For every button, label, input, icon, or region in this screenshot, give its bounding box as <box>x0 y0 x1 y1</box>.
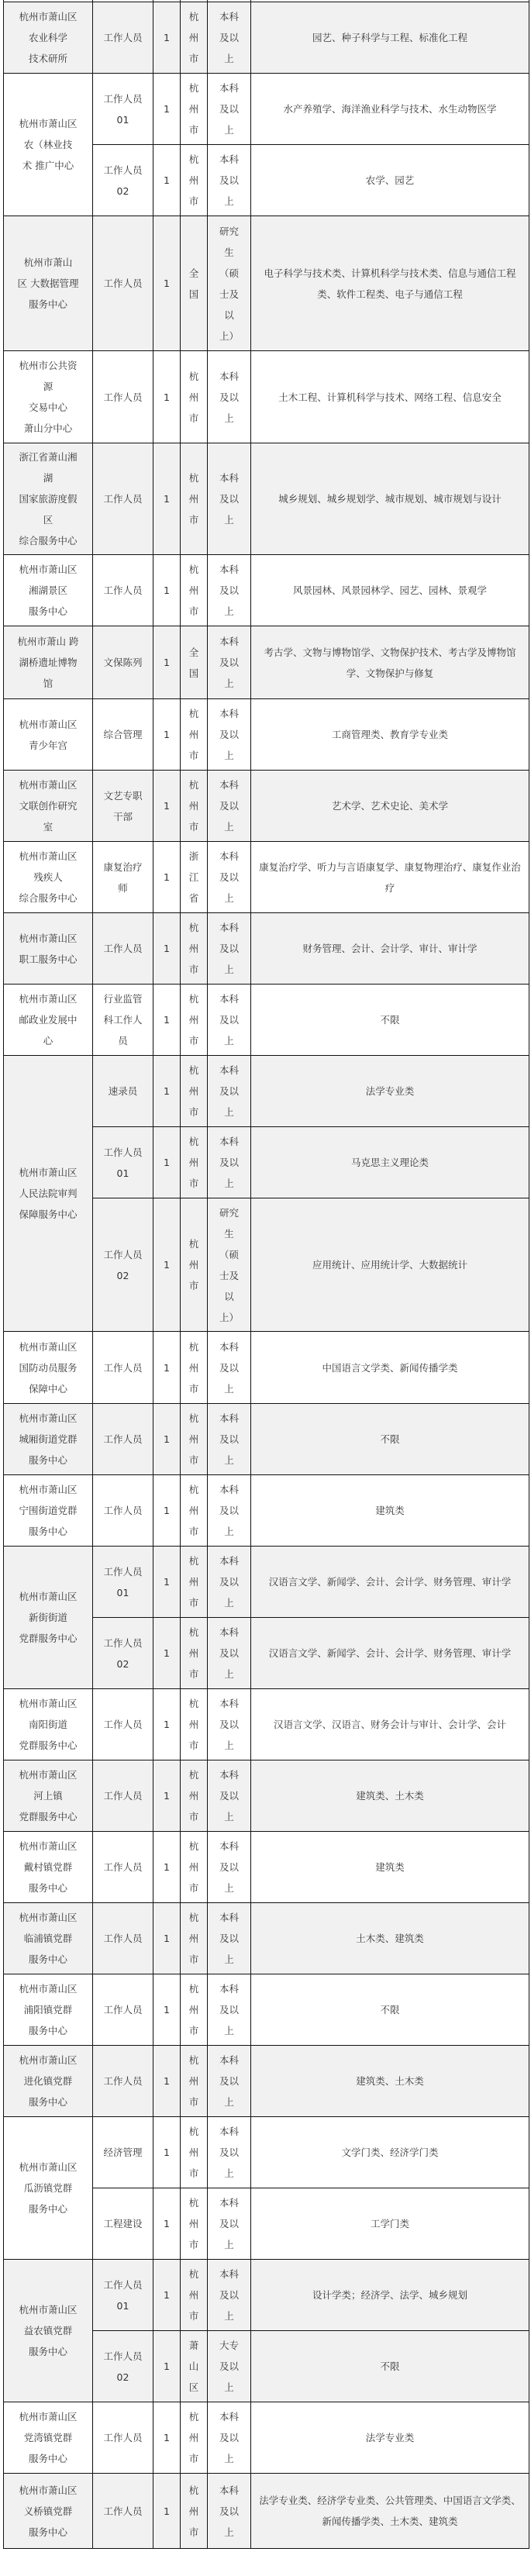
count-cell: 1 <box>153 1332 181 1404</box>
education-cell: 本科 及以 上 <box>208 2188 251 2260</box>
hukou-cell: 杭 州 市 <box>181 1404 208 1475</box>
dept-cell: 杭州市萧山区 残疾人 综合服务中心 <box>4 842 93 913</box>
count-cell: 1 <box>153 842 181 913</box>
dept-cell: 杭州市萧山区 益农镇党群 服务中心 <box>4 2260 93 2402</box>
education-cell: 研究 生 （硕 士及 以 上） <box>208 1198 251 1332</box>
count-cell: 1 <box>153 2260 181 2331</box>
hukou-cell: 杭 州 市 <box>181 1198 208 1332</box>
hukou-cell: 杭 州 市 <box>181 1689 208 1760</box>
count-cell: 1 <box>153 555 181 626</box>
post-cell: 工作人员 02 <box>93 2331 153 2402</box>
count-cell: 1 <box>153 1475 181 1547</box>
major-cell: 考古学、文物与博物馆学、文物保护技术、考古学及博物馆学、文物保护与修复 <box>251 626 529 699</box>
hukou-cell: 全 国 <box>181 626 208 699</box>
major-cell: 不限 <box>251 1974 529 2046</box>
table-row: 杭州市萧山区 农业科学 技术研所 工作人员 1 杭 州 市 本科 及以 上 园艺… <box>4 2 529 74</box>
post-cell: 工作人员 <box>93 913 153 985</box>
major-cell: 法学专业类 <box>251 1056 529 1127</box>
dept-cell: 杭州市萧山区 文联创作研究 室 <box>4 771 93 842</box>
hukou-cell: 杭 州 市 <box>181 1127 208 1198</box>
hukou-cell: 杭 州 市 <box>181 443 208 555</box>
hukou-cell: 杭 州 市 <box>181 1760 208 1832</box>
count-cell: 1 <box>153 1974 181 2046</box>
dept-cell: 杭州市萧山区 新街街道 党群服务中心 <box>4 1547 93 1689</box>
education-cell: 本科 及以 上 <box>208 771 251 842</box>
count-cell: 1 <box>153 1832 181 1903</box>
count-cell: 1 <box>153 985 181 1056</box>
count-cell: 1 <box>153 2117 181 2188</box>
hukou-cell: 杭 州 市 <box>181 555 208 626</box>
count-cell: 1 <box>153 1404 181 1475</box>
table-row: 杭州市萧山区 临浦镇党群 服务中心 工作人员 1 杭 州 市 本科 及以 上 土… <box>4 1903 529 1974</box>
major-cell: 建筑类、土木类 <box>251 1760 529 1832</box>
table-row: 杭州市萧山区 义桥镇党群 服务中心 工作人员 1 杭 州 市 本科 及以 上 法… <box>4 2474 529 2549</box>
major-cell: 文学门类、经济学门类 <box>251 2117 529 2188</box>
dept-cell: 杭州市萧山区 党湾镇党群 服务中心 <box>4 2402 93 2474</box>
count-cell: 1 <box>153 1689 181 1760</box>
table-row: 杭州市萧山区 南阳街道 党群服务中心 工作人员 1 杭 州 市 本科 及以 上 … <box>4 1689 529 1760</box>
post-cell: 速录员 <box>93 1056 153 1127</box>
hukou-cell: 杭 州 市 <box>181 1056 208 1127</box>
table-row: 杭州市萧山区 戴村镇党群 服务中心 工作人员 1 杭 州 市 本科 及以 上 建… <box>4 1832 529 1903</box>
education-cell: 本科 及以 上 <box>208 1475 251 1547</box>
dept-cell: 杭州市萧山区 进化镇党群 服务中心 <box>4 2046 93 2117</box>
count-cell: 1 <box>153 1760 181 1832</box>
count-cell: 1 <box>153 2 181 74</box>
dept-cell: 杭州市萧山区 戴村镇党群 服务中心 <box>4 1832 93 1903</box>
education-cell: 本科 及以 上 <box>208 1903 251 1974</box>
post-cell: 工作人员 <box>93 2474 153 2549</box>
hukou-cell: 杭 州 市 <box>181 1547 208 1618</box>
dept-cell: 杭州市萧山区 职工服务中心 <box>4 913 93 985</box>
count-cell: 1 <box>153 626 181 699</box>
dept-cell: 杭州市萧山区 人民法院审判 保障服务中心 <box>4 1056 93 1332</box>
dept-cell: 杭州市萧山区 湘湖景区 服务中心 <box>4 555 93 626</box>
table-row: 杭州市萧山区 进化镇党群 服务中心 工作人员 1 杭 州 市 本科 及以 上 建… <box>4 2046 529 2117</box>
table-row: 杭州市萧山区 瓜沥镇党群 服务中心 经济管理 1 杭 州 市 本科 及以 上 文… <box>4 2117 529 2188</box>
post-cell: 工作人员 <box>93 1404 153 1475</box>
hukou-cell: 杭 州 市 <box>181 1332 208 1404</box>
table-row: 杭州市萧山区 人民法院审判 保障服务中心 速录员 1 杭 州 市 本科 及以 上… <box>4 1056 529 1127</box>
hukou-cell: 杭 州 市 <box>181 913 208 985</box>
major-cell: 马克思主义理论类 <box>251 1127 529 1198</box>
table-row: 杭州市萧山区 国防动员服务 保障中心 工作人员 1 杭 州 市 本科 及以 上 … <box>4 1332 529 1404</box>
count-cell: 1 <box>153 1547 181 1618</box>
post-cell: 康复治疗 师 <box>93 842 153 913</box>
major-cell: 汉语言文学、汉语言、财务会计与审计、会计学、会计 <box>251 1689 529 1760</box>
recruitment-table: 杭州市萧山区 农业科学 技术研所 工作人员 1 杭 州 市 本科 及以 上 园艺… <box>3 0 529 2549</box>
hukou-cell: 杭 州 市 <box>181 985 208 1056</box>
post-cell: 文保陈列 <box>93 626 153 699</box>
hukou-cell: 杭 州 市 <box>181 2046 208 2117</box>
major-cell: 法学专业类 <box>251 2402 529 2474</box>
table-row: 杭州市萧山区 浦阳镇党群 服务中心 工作人员 1 杭 州 市 本科 及以 上 不… <box>4 1974 529 2046</box>
education-cell: 本科 及以 上 <box>208 1760 251 1832</box>
major-cell: 电子科学与技术类、计算机科学与技术类、信息与通信工程类、软件工程类、电子与通信工… <box>251 216 529 351</box>
hukou-cell: 杭 州 市 <box>181 771 208 842</box>
post-cell: 工作人员 <box>93 2 153 74</box>
count-cell: 1 <box>153 2474 181 2549</box>
hukou-cell: 杭 州 市 <box>181 2188 208 2260</box>
post-cell: 经济管理 <box>93 2117 153 2188</box>
major-cell: 工学门类 <box>251 2188 529 2260</box>
hukou-cell: 杭 州 市 <box>181 74 208 145</box>
post-cell: 工作人员 01 <box>93 74 153 145</box>
dept-cell: 杭州市萧山区 青少年宫 <box>4 699 93 771</box>
table-row: 杭州市萧山区 宁围街道党群 服务中心 工作人员 1 杭 州 市 本科 及以 上 … <box>4 1475 529 1547</box>
dept-cell: 杭州市萧山区 南阳街道 党群服务中心 <box>4 1689 93 1760</box>
post-cell: 文艺专职 干部 <box>93 771 153 842</box>
education-cell: 本科 及以 上 <box>208 2260 251 2331</box>
education-cell: 本科 及以 上 <box>208 842 251 913</box>
education-cell: 本科 及以 上 <box>208 626 251 699</box>
count-cell: 1 <box>153 1618 181 1689</box>
major-cell: 法学专业类、经济学专业类、公共管理类、中国语言文学类、新闻传播学类、土木类、建筑… <box>251 2474 529 2549</box>
education-cell: 本科 及以 上 <box>208 1689 251 1760</box>
count-cell: 1 <box>153 699 181 771</box>
post-cell: 工作人员 01 <box>93 2260 153 2331</box>
dept-cell: 杭州市萧山区 农（林业技 术 推广中心 <box>4 74 93 216</box>
dept-cell: 杭州市萧山区 农业科学 技术研所 <box>4 2 93 74</box>
education-cell: 本科 及以 上 <box>208 1974 251 2046</box>
count-cell: 1 <box>153 1127 181 1198</box>
count-cell: 1 <box>153 74 181 145</box>
table-row: 杭州市萧山 跨 湖桥遗址博物 馆 文保陈列 1 全 国 本科 及以 上 考古学、… <box>4 626 529 699</box>
major-cell: 财务管理、会计、会计学、审计、审计学 <box>251 913 529 985</box>
count-cell: 1 <box>153 1198 181 1332</box>
post-cell: 工作人员 01 <box>93 1547 153 1618</box>
major-cell: 设计学类；经济学、法学、城乡规划 <box>251 2260 529 2331</box>
education-cell: 大专 及以 上 <box>208 2331 251 2402</box>
post-cell: 工作人员 <box>93 1475 153 1547</box>
count-cell: 1 <box>153 145 181 216</box>
table-row: 杭州市萧山区 青少年宫 综合管理 1 杭 州 市 本科 及以 上 工商管理类、教… <box>4 699 529 771</box>
dept-cell: 杭州市萧山区 义桥镇党群 服务中心 <box>4 2474 93 2549</box>
hukou-cell: 杭 州 市 <box>181 1903 208 1974</box>
table-row: 杭州市萧山区 湘湖景区 服务中心 工作人员 1 杭 州 市 本科 及以 上 风景… <box>4 555 529 626</box>
major-cell: 不限 <box>251 1404 529 1475</box>
hukou-cell: 杭 州 市 <box>181 1618 208 1689</box>
education-cell: 本科 及以 上 <box>208 74 251 145</box>
hukou-cell: 杭 州 市 <box>181 145 208 216</box>
table-row: 杭州市萧山区 农（林业技 术 推广中心 工作人员 01 1 杭 州 市 本科 及… <box>4 74 529 145</box>
post-cell: 工作人员 02 <box>93 1198 153 1332</box>
education-cell: 本科 及以 上 <box>208 1618 251 1689</box>
hukou-cell: 杭 州 市 <box>181 1974 208 2046</box>
post-cell: 工作人员 02 <box>93 145 153 216</box>
count-cell: 1 <box>153 2331 181 2402</box>
dept-cell: 杭州市萧山区 国防动员服务 保障中心 <box>4 1332 93 1404</box>
table-row: 杭州市萧山 区 大数据管理 服务中心 工作人员 1 全 国 研究 生 （硕 士及… <box>4 216 529 351</box>
count-cell: 1 <box>153 913 181 985</box>
table-row: 杭州市萧山区 益农镇党群 服务中心 工作人员 01 1 杭 州 市 本科 及以 … <box>4 2260 529 2331</box>
hukou-cell: 杭 州 市 <box>181 699 208 771</box>
education-cell: 本科 及以 上 <box>208 351 251 443</box>
hukou-cell: 萧 山 区 <box>181 2331 208 2402</box>
post-cell: 综合管理 <box>93 699 153 771</box>
major-cell: 城乡规划、城乡规划学、城市规划、城市规划与设计 <box>251 443 529 555</box>
education-cell: 本科 及以 上 <box>208 2402 251 2474</box>
count-cell: 1 <box>153 771 181 842</box>
major-cell: 应用统计、应用统计学、大数据统计 <box>251 1198 529 1332</box>
hukou-cell: 浙 江 省 <box>181 842 208 913</box>
education-cell: 本科 及以 上 <box>208 555 251 626</box>
count-cell: 1 <box>153 351 181 443</box>
education-cell: 本科 及以 上 <box>208 1547 251 1618</box>
post-cell: 工作人员 <box>93 1332 153 1404</box>
education-cell: 本科 及以 上 <box>208 2117 251 2188</box>
table-row: 杭州市萧山区 邮政业发展中 心 行业监管 科工作人 员 1 杭 州 市 本科 及… <box>4 985 529 1056</box>
post-cell: 工作人员 <box>93 216 153 351</box>
count-cell: 1 <box>153 2188 181 2260</box>
post-cell: 工作人员 <box>93 1760 153 1832</box>
hukou-cell: 杭 州 市 <box>181 2474 208 2549</box>
dept-cell: 杭州市萧山区 河上镇 党群服务中心 <box>4 1760 93 1832</box>
major-cell: 土木类、建筑类 <box>251 1903 529 1974</box>
major-cell: 风景园林、风景园林学、园艺、园林、景观学 <box>251 555 529 626</box>
post-cell: 工作人员 <box>93 555 153 626</box>
dept-cell: 杭州市萧山 跨 湖桥遗址博物 馆 <box>4 626 93 699</box>
major-cell: 不限 <box>251 985 529 1056</box>
post-cell: 工作人员 <box>93 2402 153 2474</box>
major-cell: 汉语言文学、新闻学、会计、会计学、财务管理、审计学 <box>251 1618 529 1689</box>
count-cell: 1 <box>153 2402 181 2474</box>
post-cell: 工作人员 <box>93 1832 153 1903</box>
post-cell: 工作人员 <box>93 2046 153 2117</box>
table-row: 杭州市萧山区 党湾镇党群 服务中心 工作人员 1 杭 州 市 本科 及以 上 法… <box>4 2402 529 2474</box>
education-cell: 本科 及以 上 <box>208 2046 251 2117</box>
education-cell: 本科 及以 上 <box>208 1056 251 1127</box>
education-cell: 本科 及以 上 <box>208 913 251 985</box>
education-cell: 本科 及以 上 <box>208 1332 251 1404</box>
post-cell: 工作人员 <box>93 1903 153 1974</box>
dept-cell: 杭州市萧山区 城厢街道党群 服务中心 <box>4 1404 93 1475</box>
dept-cell: 杭州市萧山区 宁围街道党群 服务中心 <box>4 1475 93 1547</box>
table-row: 杭州市公共资 源 交易中心 萧山分中心 工作人员 1 杭 州 市 本科 及以 上… <box>4 351 529 443</box>
dept-cell: 杭州市公共资 源 交易中心 萧山分中心 <box>4 351 93 443</box>
major-cell: 农学、园艺 <box>251 145 529 216</box>
post-cell: 工作人员 01 <box>93 1127 153 1198</box>
hukou-cell: 杭 州 市 <box>181 1475 208 1547</box>
count-cell: 1 <box>153 1903 181 1974</box>
major-cell: 中国语言文学类、新闻传播学类 <box>251 1332 529 1404</box>
education-cell: 本科 及以 上 <box>208 1832 251 1903</box>
post-cell: 工程建设 <box>93 2188 153 2260</box>
table-row: 杭州市萧山区 职工服务中心 工作人员 1 杭 州 市 本科 及以 上 财务管理、… <box>4 913 529 985</box>
hukou-cell: 杭 州 市 <box>181 2 208 74</box>
hukou-cell: 杭 州 市 <box>181 351 208 443</box>
post-cell: 工作人员 02 <box>93 1618 153 1689</box>
hukou-cell: 杭 州 市 <box>181 1832 208 1903</box>
hukou-cell: 杭 州 市 <box>181 2402 208 2474</box>
count-cell: 1 <box>153 443 181 555</box>
education-cell: 本科 及以 上 <box>208 1127 251 1198</box>
hukou-cell: 全 国 <box>181 216 208 351</box>
education-cell: 本科 及以 上 <box>208 1404 251 1475</box>
major-cell: 建筑类 <box>251 1832 529 1903</box>
post-cell: 工作人员 <box>93 1974 153 2046</box>
post-cell: 工作人员 <box>93 1689 153 1760</box>
dept-cell: 杭州市萧山区 邮政业发展中 心 <box>4 985 93 1056</box>
table-row: 杭州市萧山区 文联创作研究 室 文艺专职 干部 1 杭 州 市 本科 及以 上 … <box>4 771 529 842</box>
dept-cell: 杭州市萧山区 瓜沥镇党群 服务中心 <box>4 2117 93 2260</box>
education-cell: 本科 及以 上 <box>208 699 251 771</box>
education-cell: 研究 生 （硕 士及 以 上） <box>208 216 251 351</box>
major-cell: 土木工程、计算机科学与技术、网络工程、信息安全 <box>251 351 529 443</box>
hukou-cell: 杭 州 市 <box>181 2117 208 2188</box>
table-row: 杭州市萧山区 新街街道 党群服务中心 工作人员 01 1 杭 州 市 本科 及以… <box>4 1547 529 1618</box>
count-cell: 1 <box>153 216 181 351</box>
education-cell: 本科 及以 上 <box>208 145 251 216</box>
dept-cell: 杭州市萧山 区 大数据管理 服务中心 <box>4 216 93 351</box>
major-cell: 建筑类 <box>251 1475 529 1547</box>
table-row: 浙江省萧山湘 湖 国家旅游度假 区 综合服务中心 工作人员 1 杭 州 市 本科… <box>4 443 529 555</box>
major-cell: 建筑类、土木类 <box>251 2046 529 2117</box>
table-row: 杭州市萧山区 河上镇 党群服务中心 工作人员 1 杭 州 市 本科 及以 上 建… <box>4 1760 529 1832</box>
education-cell: 本科 及以 上 <box>208 2474 251 2549</box>
major-cell: 水产养殖学、海洋渔业科学与技术、水生动物医学 <box>251 74 529 145</box>
dept-cell: 浙江省萧山湘 湖 国家旅游度假 区 综合服务中心 <box>4 443 93 555</box>
major-cell: 康复治疗学、听力与言语康复学、康复物理治疗、康复作业治疗 <box>251 842 529 913</box>
hukou-cell: 杭 州 市 <box>181 2260 208 2331</box>
post-cell: 工作人员 <box>93 443 153 555</box>
count-cell: 1 <box>153 2046 181 2117</box>
major-cell: 汉语言文学、新闻学、会计、会计学、财务管理、审计学 <box>251 1547 529 1618</box>
table-row: 杭州市萧山区 残疾人 综合服务中心 康复治疗 师 1 浙 江 省 本科 及以 上… <box>4 842 529 913</box>
major-cell: 不限 <box>251 2331 529 2402</box>
count-cell: 1 <box>153 1056 181 1127</box>
education-cell: 本科 及以 上 <box>208 2 251 74</box>
dept-cell: 杭州市萧山区 浦阳镇党群 服务中心 <box>4 1974 93 2046</box>
major-cell: 艺术学、艺术史论、美术学 <box>251 771 529 842</box>
table-row: 杭州市萧山区 城厢街道党群 服务中心 工作人员 1 杭 州 市 本科 及以 上 … <box>4 1404 529 1475</box>
post-cell: 行业监管 科工作人 员 <box>93 985 153 1056</box>
education-cell: 本科 及以 上 <box>208 443 251 555</box>
post-cell: 工作人员 <box>93 351 153 443</box>
dept-cell: 杭州市萧山区 临浦镇党群 服务中心 <box>4 1903 93 1974</box>
major-cell: 工商管理类、教育学专业类 <box>251 699 529 771</box>
major-cell: 园艺、种子科学与工程、标准化工程 <box>251 2 529 74</box>
education-cell: 本科 及以 上 <box>208 985 251 1056</box>
